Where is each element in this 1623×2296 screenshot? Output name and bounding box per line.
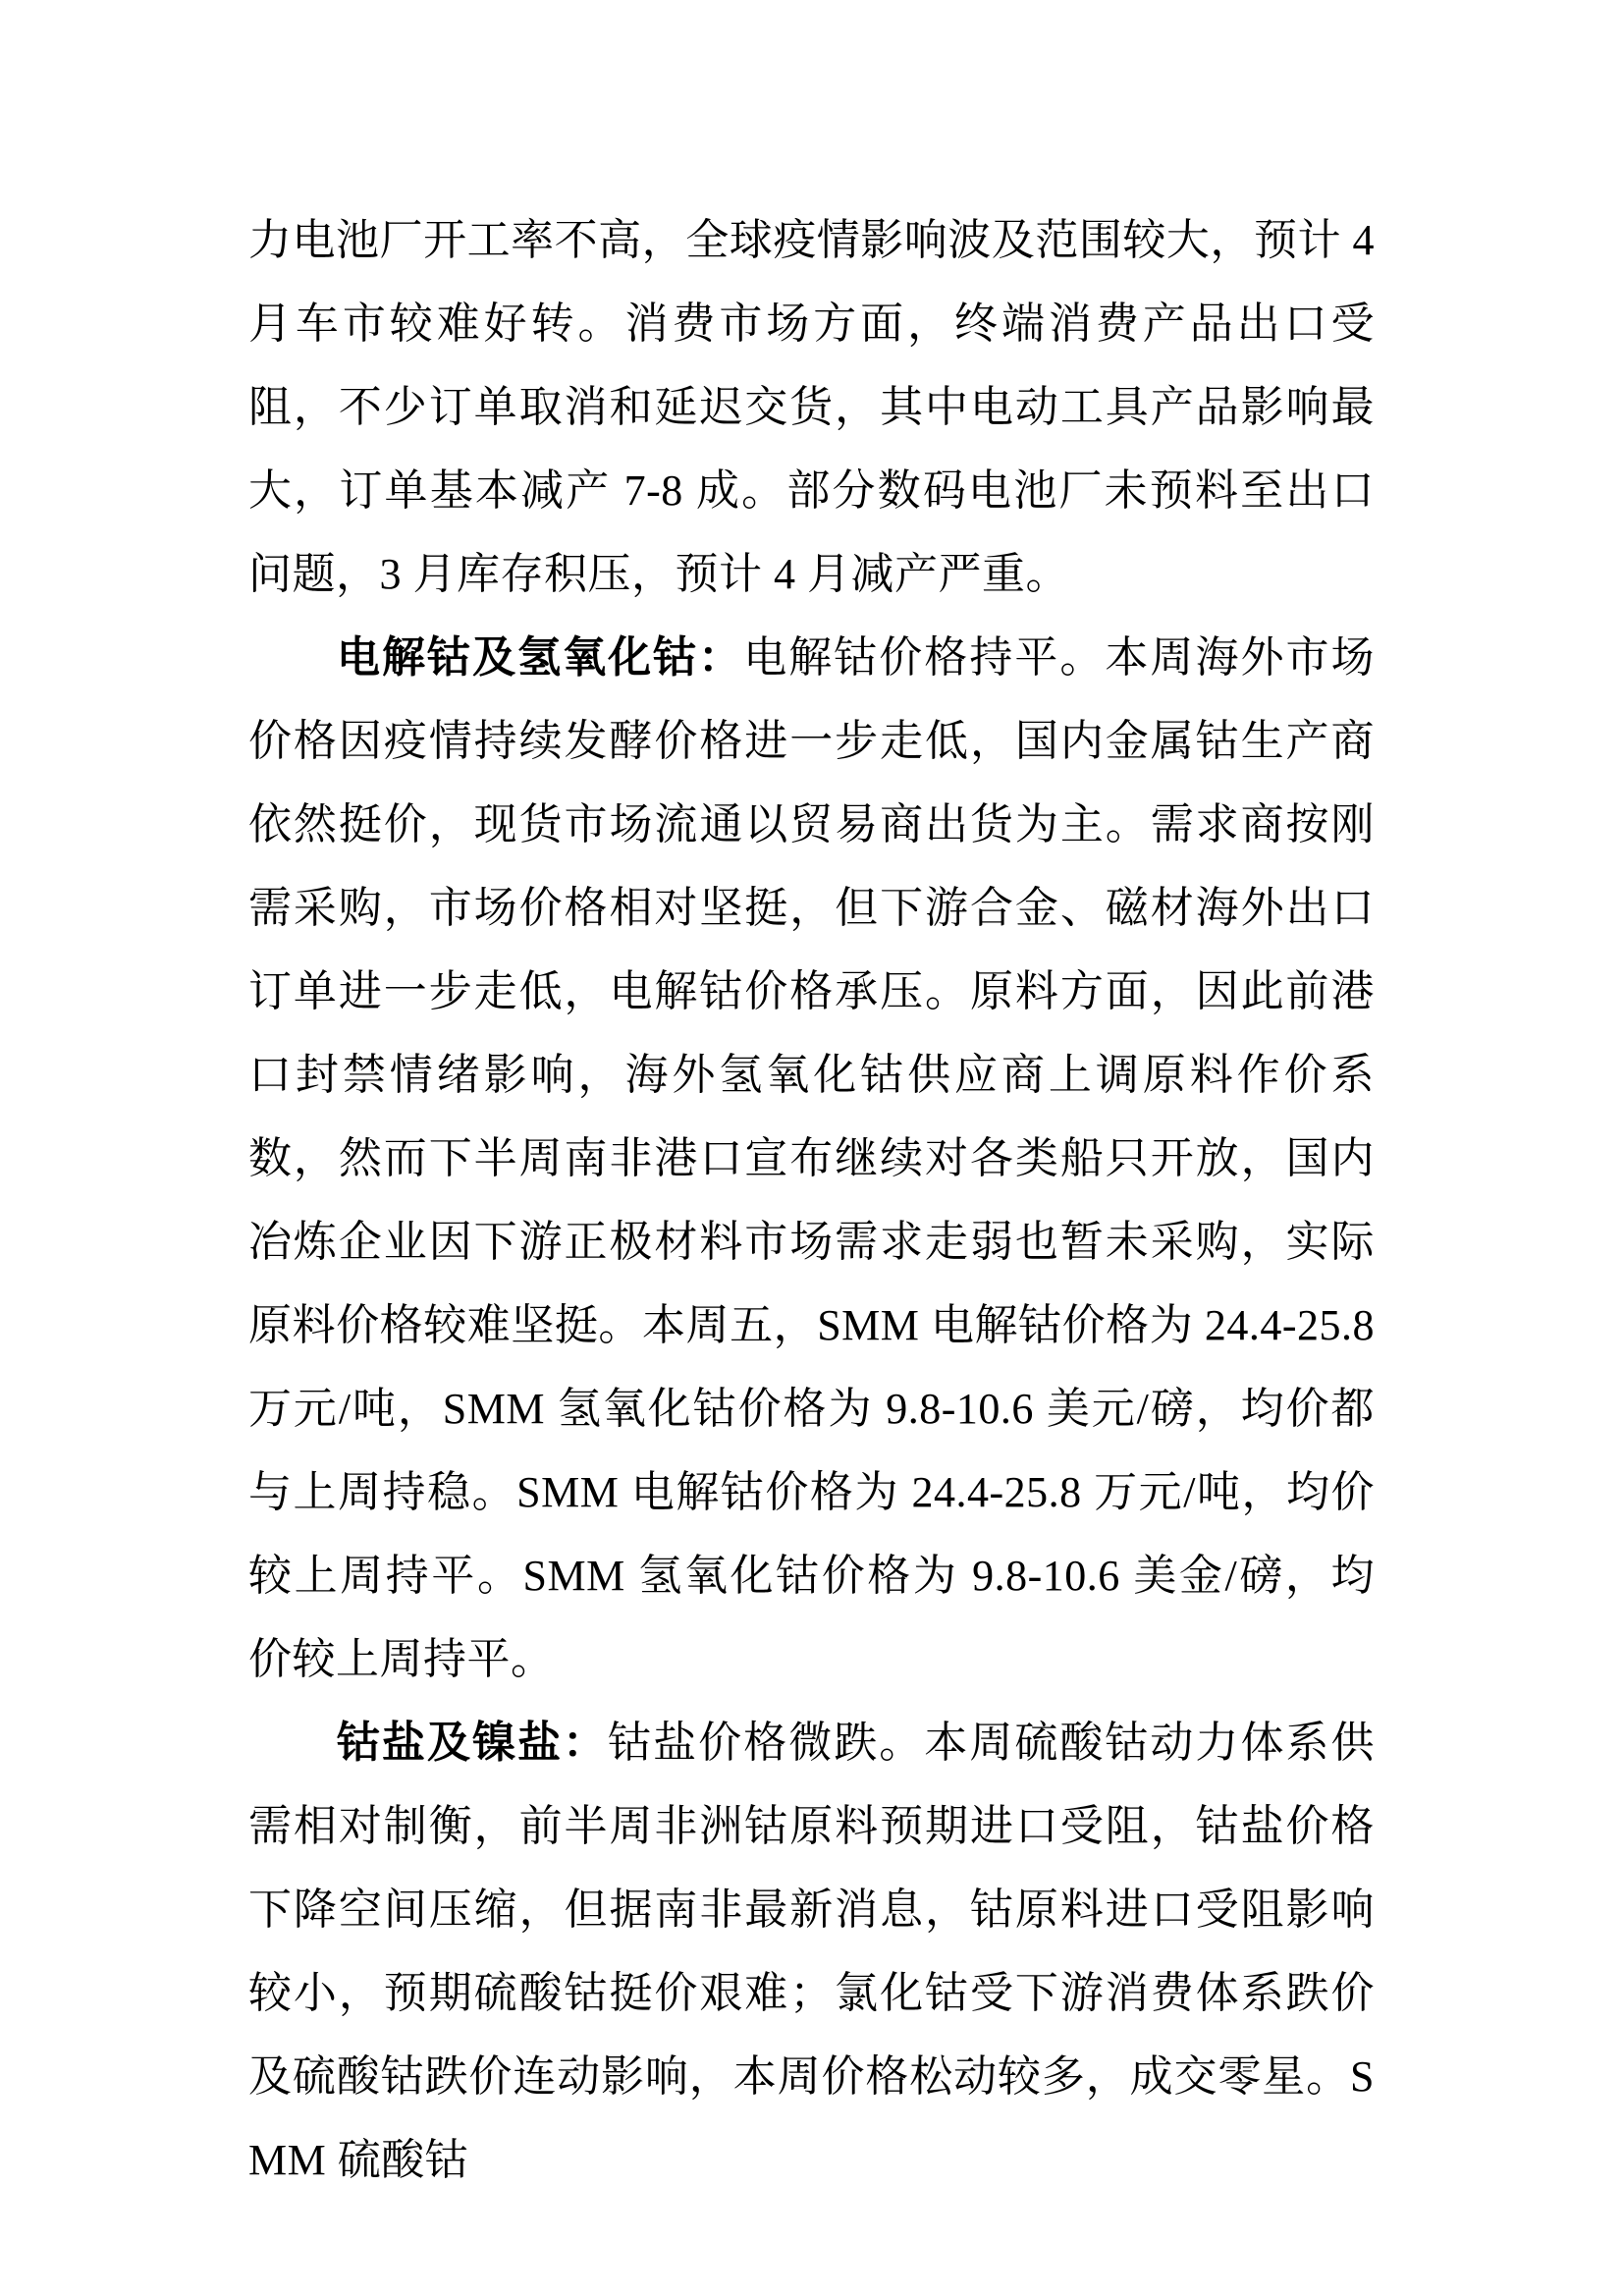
paragraph-heading-electrolytic-cobalt: 电解钴及氢氧化钴： (337, 633, 743, 682)
text-run: 电解钴价格持平。本周海外市场价格因疫情持续发酵价格进一步走低，国内金属钴生产商依… (248, 633, 1375, 1683)
document-page: 力电池厂开工率不高，全球疫情影响波及范围较大，预计 4 月车市较难好转。消费市场… (0, 0, 1623, 2296)
paragraph-battery-market: 力电池厂开工率不高，全球疫情影响波及范围较大，预计 4 月车市较难好转。消费市场… (248, 198, 1375, 616)
document-body: 力电池厂开工率不高，全球疫情影响波及范围较大，预计 4 月车市较难好转。消费市场… (248, 198, 1375, 2202)
text-run: 力电池厂开工率不高，全球疫情影响波及范围较大，预计 4 月车市较难好转。消费市场… (248, 216, 1375, 598)
paragraph-cobalt-nickel-salts: 钴盐及镍盐：钴盐价格微跌。本周硫酸钴动力体系供需相对制衡，前半周非洲钴原料预期进… (248, 1701, 1375, 2202)
paragraph-electrolytic-cobalt: 电解钴及氢氧化钴：电解钴价格持平。本周海外市场价格因疫情持续发酵价格进一步走低，… (248, 616, 1375, 1701)
text-run: 钴盐价格微跌。本周硫酸钴动力体系供需相对制衡，前半周非洲钴原料预期进口受阻，钴盐… (248, 1719, 1375, 2184)
paragraph-heading-cobalt-nickel-salts: 钴盐及镍盐： (337, 1719, 608, 1767)
